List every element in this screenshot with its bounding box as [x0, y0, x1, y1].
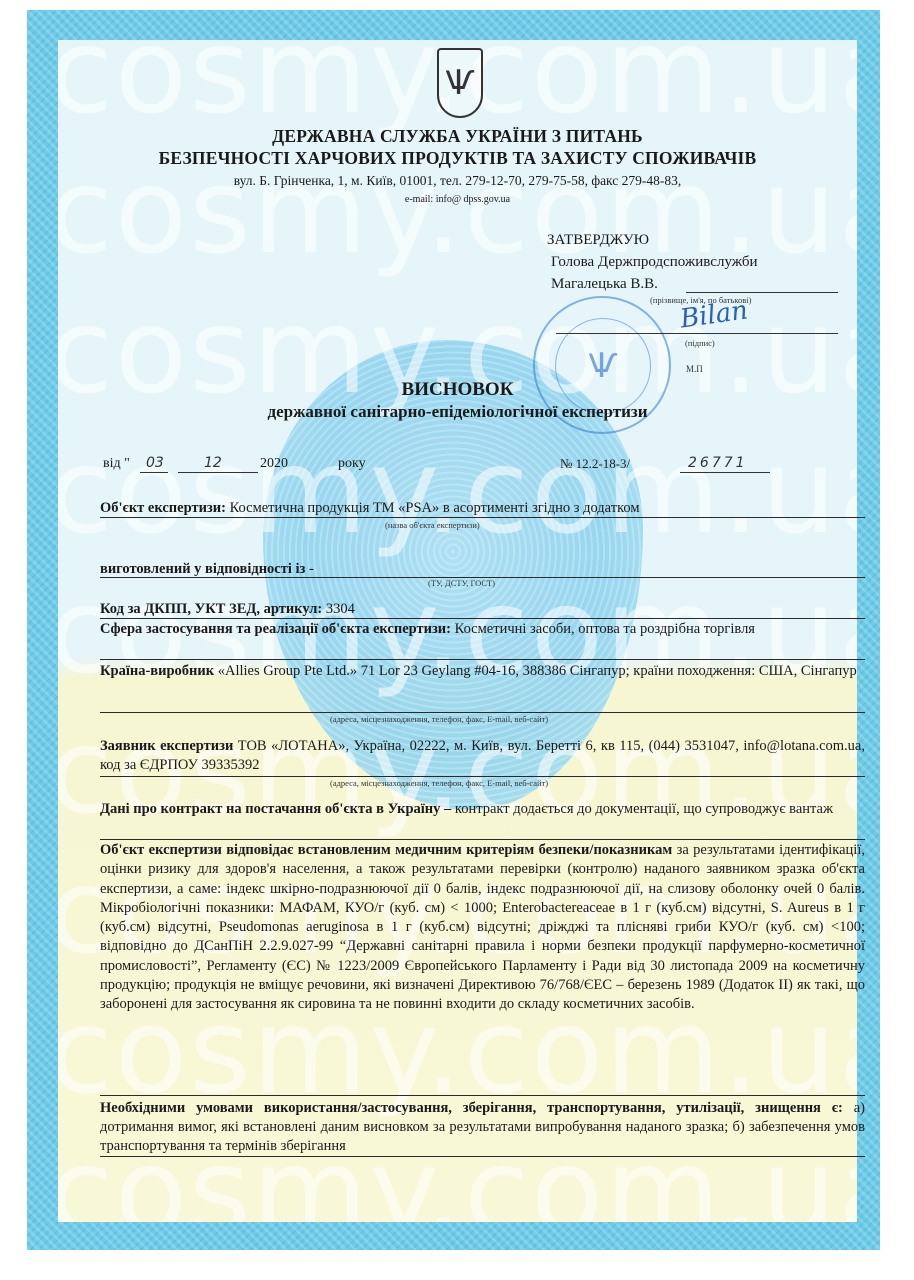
country-caption: (адреса, місцезнаходження, телефон, факс…: [330, 714, 548, 724]
contract-field: Дані про контракт на постачання об'єкта …: [100, 800, 865, 819]
month-underline: [178, 472, 258, 473]
org-email: e-mail: info@ dpss.gov.ua: [58, 194, 857, 205]
customer-label: Заявник експертизи: [100, 738, 233, 754]
object-field: Об'єкт експертизи: Косметична продукція …: [100, 499, 865, 518]
compliance-label: Об'єкт експертизи відповідає встановлени…: [100, 842, 672, 858]
day-underline: [140, 472, 168, 473]
scope-field: Сфера застосування та реалізації об'єкта…: [100, 620, 865, 639]
code-field: Код за ДКПП, УКТ ЗЕД, артикул: 3304: [100, 600, 865, 619]
rule: [100, 659, 865, 660]
org-name-line1: ДЕРЖАВНА СЛУЖБА УКРАЇНИ З ПИТАНЬ: [58, 126, 857, 147]
made-value: -: [309, 561, 314, 577]
contract-label: Дані про контракт на постачання об'єкта …: [100, 801, 451, 817]
date-day: 03: [146, 455, 164, 471]
conditions-paragraph: Необхідними умовами використання/застосу…: [100, 1099, 865, 1156]
document-subtitle: державної санітарно-епідеміологічної екс…: [58, 402, 857, 422]
made-label: виготовлений у відповідності із: [100, 561, 305, 577]
code-label: Код за ДКПП, УКТ ЗЕД, артикул:: [100, 601, 322, 617]
object-label: Об'єкт експертизи:: [100, 500, 226, 516]
compliance-text: за результатами ідентифікації, оцінки ри…: [100, 842, 865, 1012]
rule: [100, 839, 865, 840]
contract-value: контракт додається до документації, що с…: [455, 801, 833, 817]
signature-underline: [556, 333, 838, 334]
object-value: Косметична продукція ТМ «PSA» в асортиме…: [230, 500, 640, 516]
date-month: 12: [204, 455, 222, 471]
code-value: 3304: [326, 601, 355, 617]
made-caption: (ТУ, ДСТУ, ГОСТ): [428, 578, 495, 588]
conditions-label: Необхідними умовами використання/застосу…: [100, 1100, 843, 1116]
seal-caption: М.П: [686, 364, 703, 374]
rule: [100, 776, 865, 777]
rule: [100, 1156, 865, 1157]
country-field: Країна-виробник «Allies Group Pte Ltd.» …: [100, 662, 865, 681]
number-prefix: № 12.2-18-3/: [560, 456, 630, 472]
date-year: 2020: [260, 456, 288, 472]
date-year-suffix: року: [338, 456, 366, 472]
date-prefix: від ": [103, 456, 130, 472]
name-underline: [686, 292, 838, 293]
customer-caption: (адреса, місцезнаходження, телефон, факс…: [330, 778, 548, 788]
compliance-paragraph: Об'єкт експертизи відповідає встановлени…: [100, 841, 865, 1015]
approval-heading: ЗАТВЕРДЖУЮ: [547, 232, 649, 249]
country-value: «Allies Group Pte Ltd.» 71 Lor 23 Geylan…: [218, 663, 857, 679]
watermark: cosmy.com.ua: [58, 152, 857, 270]
approval-name: Магалецька В.В.: [551, 276, 658, 293]
org-address: вул. Б. Грінченка, 1, м. Київ, 01001, те…: [58, 173, 857, 189]
signature-caption: (підпис): [685, 338, 715, 348]
customer-field: Заявник експертизи ТОВ «ЛОТАНА», Україна…: [100, 737, 865, 775]
rule: [100, 712, 865, 713]
rule: [100, 517, 865, 518]
org-name-line2: БЕЗПЕЧНОСТІ ХАРЧОВИХ ПРОДУКТІВ ТА ЗАХИСТ…: [58, 148, 857, 169]
document-number: 26771: [688, 455, 748, 471]
trident-coat-of-arms-icon: Ѱ: [437, 48, 483, 118]
object-caption: (назва об'єкта експертизи): [385, 520, 480, 530]
scope-value: Косметичні засоби, оптова та роздрібна т…: [455, 621, 755, 637]
number-underline: [680, 472, 770, 473]
document-title: ВИСНОВОК: [58, 379, 857, 401]
approval-position: Голова Держпродспоживслужби: [551, 254, 758, 271]
rule: [100, 618, 865, 619]
rule: [100, 1095, 865, 1096]
country-label: Країна-виробник: [100, 663, 214, 679]
scope-label: Сфера застосування та реалізації об'єкта…: [100, 621, 451, 637]
